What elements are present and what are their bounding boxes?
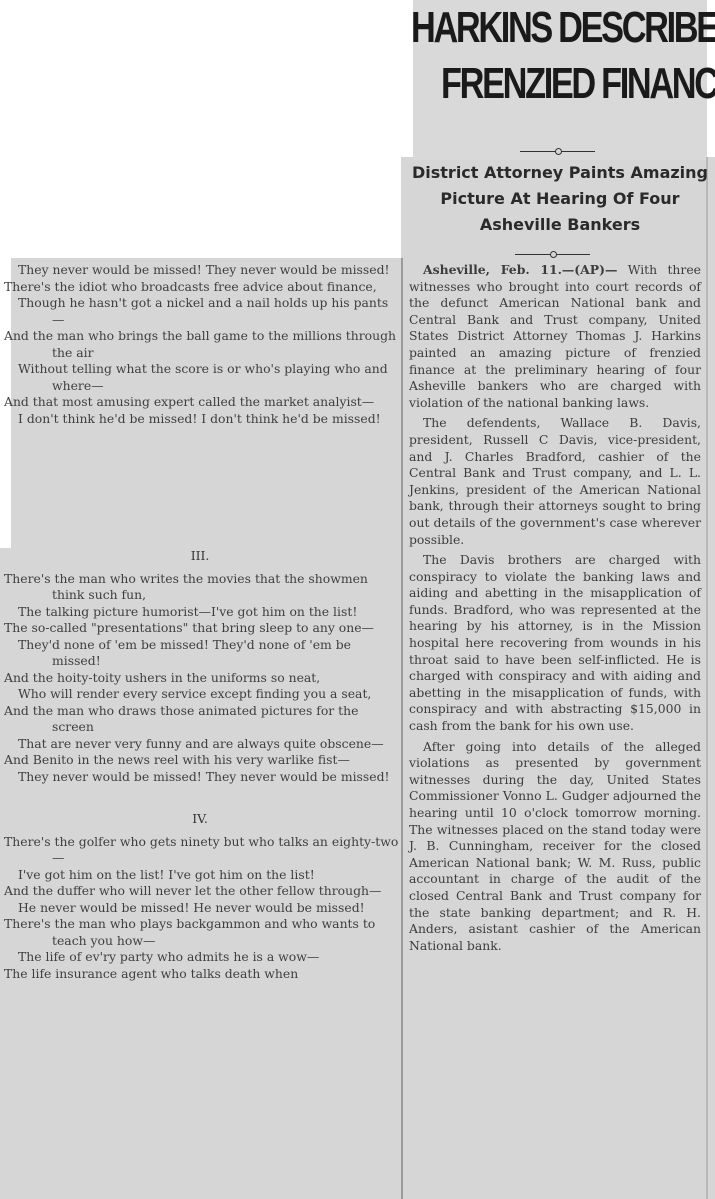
poem-line: The life insurance agent who talks death… bbox=[0, 966, 400, 983]
poem-main-section: III. There's the man who writes the movi… bbox=[0, 548, 400, 982]
stanza-number: IV. bbox=[0, 811, 400, 828]
headline-line-2: FRENZIED FINANCE bbox=[441, 62, 670, 106]
subheadline: District Attorney Paints Amazing Picture… bbox=[410, 160, 710, 238]
poem-line: There's the man who writes the movies th… bbox=[0, 571, 400, 604]
poem-line: They'd none of 'em be missed! They'd non… bbox=[0, 637, 400, 670]
poem-line: They never would be missed! They never w… bbox=[0, 769, 400, 786]
poem-line: Who will render every service except fin… bbox=[0, 686, 400, 703]
poem-line: There's the man who plays backgammon and… bbox=[0, 916, 400, 949]
column-rule bbox=[401, 258, 403, 1199]
poem-line: That are never very funny and are always… bbox=[0, 736, 400, 753]
poem-line: There's the golfer who gets ninety but w… bbox=[0, 834, 400, 867]
headline-line-1: HARKINS DESCRIBES bbox=[411, 6, 640, 50]
article-paragraph: Asheville, Feb. 11.—(AP)— With three wit… bbox=[409, 262, 701, 411]
article-paragraph: The Davis brothers are charged with cons… bbox=[409, 552, 701, 735]
ornament-divider-icon bbox=[520, 151, 595, 152]
stanza-3: There's the man who writes the movies th… bbox=[0, 571, 400, 786]
stanza-number: III. bbox=[0, 548, 400, 565]
column-rule-right bbox=[706, 157, 708, 1199]
poem-line: There's the idiot who broadcasts free ad… bbox=[0, 279, 400, 296]
poem-line: And that most amusing expert called the … bbox=[0, 394, 400, 411]
poem-line: I've got him on the list! I've got him o… bbox=[0, 867, 400, 884]
poem-line: Without telling what the score is or who… bbox=[0, 361, 400, 394]
poem-line: They never would be missed! They never w… bbox=[0, 262, 400, 279]
poem-line: He never would be missed! He never would… bbox=[0, 900, 400, 917]
poem-line: And the hoity-toity ushers in the unifor… bbox=[0, 670, 400, 687]
poem-line: And the man who draws those animated pic… bbox=[0, 703, 400, 736]
poem-line: The so-called "presentations" that bring… bbox=[0, 620, 400, 637]
poem-line: Though he hasn't got a nickel and a nail… bbox=[0, 295, 400, 328]
poem-line: I don't think he'd be missed! I don't th… bbox=[0, 411, 400, 428]
poem-line: And Benito in the news reel with his ver… bbox=[0, 752, 400, 769]
poem-line: The talking picture humorist—I've got hi… bbox=[0, 604, 400, 621]
poem-line: And the duffer who will never let the ot… bbox=[0, 883, 400, 900]
article-paragraph: The defendents, Wallace B. Davis, presid… bbox=[409, 415, 701, 548]
dateline: Asheville, Feb. 11.—(AP)— bbox=[423, 262, 617, 277]
ornament-divider-icon bbox=[515, 254, 590, 255]
poem-line: The life of ev'ry party who admits he is… bbox=[0, 949, 400, 966]
stanza-4: There's the golfer who gets ninety but w… bbox=[0, 834, 400, 983]
headline-clipping: HARKINS DESCRIBES FRENZIED FINANCE bbox=[413, 0, 707, 160]
poem-line: And the man who brings the ball game to … bbox=[0, 328, 400, 361]
poem-top-section: They never would be missed! They never w… bbox=[0, 262, 400, 427]
article-paragraph: After going into details of the alleged … bbox=[409, 739, 701, 955]
article-body: Asheville, Feb. 11.—(AP)— With three wit… bbox=[409, 262, 701, 958]
